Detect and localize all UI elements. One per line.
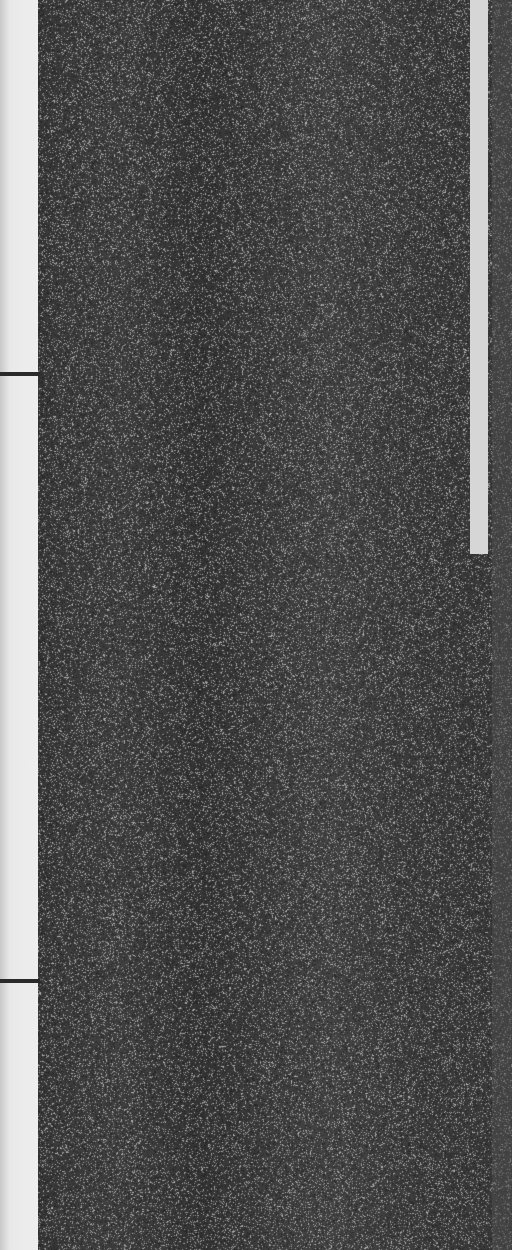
road-edge [492,0,512,1250]
road-scene [0,0,512,1250]
marking-seam [0,979,40,983]
marking-seam [0,372,40,376]
asphalt-texture [0,0,512,1250]
right-lane-marking [470,0,488,554]
left-lane-marking [0,0,38,1250]
